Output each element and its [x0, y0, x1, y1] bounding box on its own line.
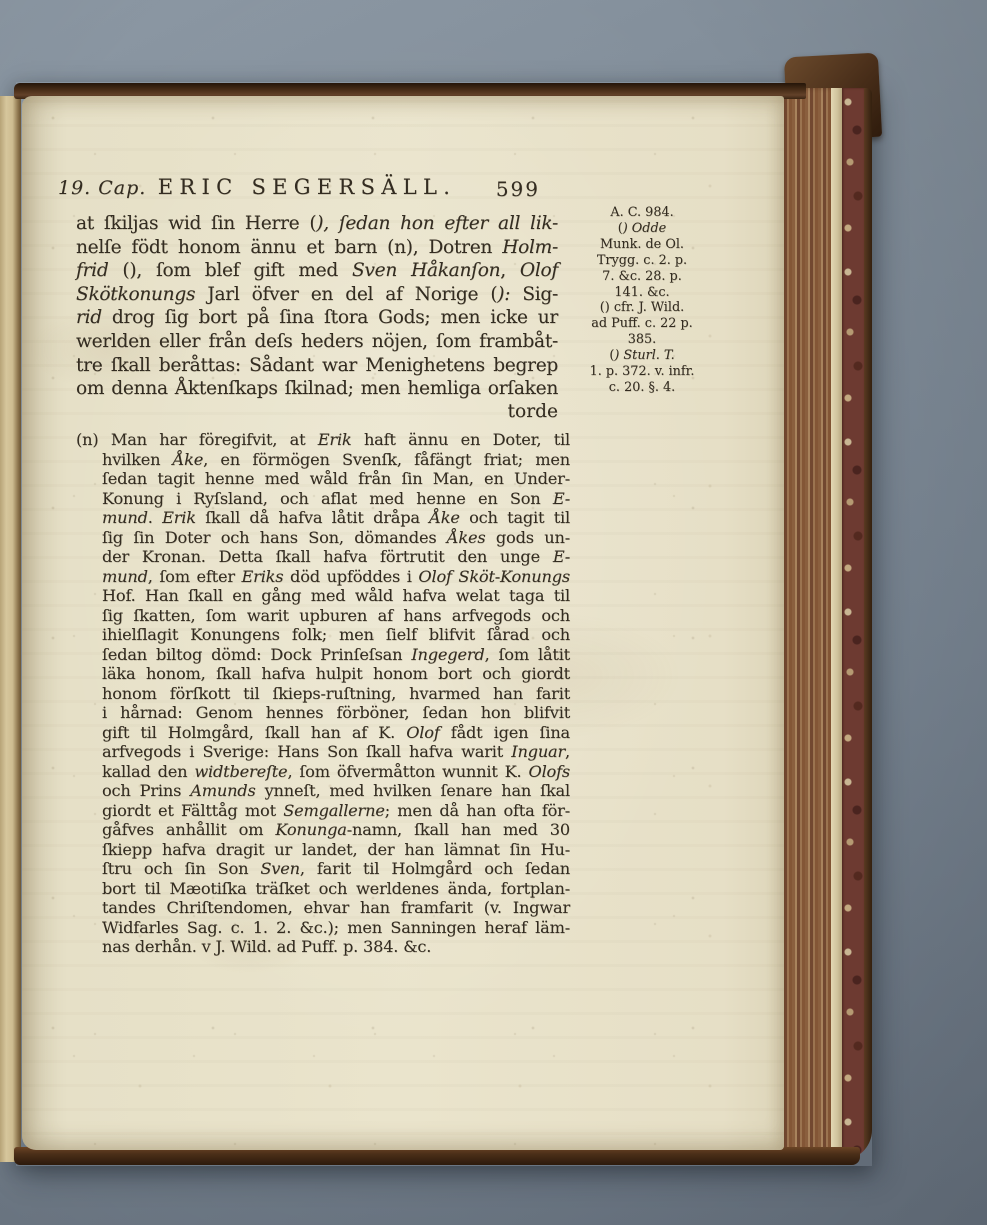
text-line: 141. &c.	[556, 285, 728, 301]
text-line: och Prins Amunds ynneſt, med hvilken ſen…	[102, 781, 570, 801]
text-line: hvilken Åke, en förmögen Svenſk, fåfängt…	[102, 450, 570, 470]
text-line: () Odde	[556, 221, 728, 237]
text-line: nas derhån. v J. Wild. ad Puff. p. 384. …	[102, 937, 570, 957]
text-line: 385.	[556, 332, 728, 348]
catchword: torde	[76, 401, 558, 422]
text-line: ad Puff. c. 22 p.	[556, 316, 728, 332]
page-title: ERIC SEGERSÄLL.	[142, 175, 472, 199]
text-line: ſtru och ſin Son Sven, farit til Holmgår…	[102, 859, 570, 879]
text-line: der Kronan. Detta ſkall hafva förtrutit …	[102, 547, 570, 567]
text-line: ſedan biltog dömd: Dock Prinſeſsan Ingeg…	[102, 645, 570, 665]
text-line: gift til Holmgård, ſkall han af K. Olof …	[102, 723, 570, 743]
text-line: ſedan tagit henne med wåld från ſin Man,…	[102, 469, 570, 489]
text-line: giordt et Fälttåg mot Semgallerne; men d…	[102, 801, 570, 821]
text-line: tre ſkall beråttas: Sådant war Menighete…	[76, 354, 558, 378]
fore-edge-pages	[779, 88, 831, 1160]
page-header: 19. Cap. ERIC SEGERSÄLL. 599	[22, 177, 784, 207]
text-line: Skötkonungs Jarl öfver en del af Norige …	[76, 283, 558, 307]
text-line: nelſe födt honom ännu et barn (n), Dotre…	[76, 236, 558, 260]
text-line: 1. p. 372. v. infr.	[556, 364, 728, 380]
text-line: läka honom, ſkall hafva hulpit honom bor…	[102, 664, 570, 684]
text-line: ſkiepp hafva dragit ur landet, der han l…	[102, 840, 570, 860]
left-pages-edge	[0, 96, 21, 1162]
text-line: mund, ſom efter Eriks död upföddes i Olo…	[102, 567, 570, 587]
page-number: 599	[482, 177, 540, 201]
text-line: 7. &c. 28. p.	[556, 269, 728, 285]
text-line: ihielſlagit Konungens folk; men ſielf bl…	[102, 625, 570, 645]
text-line: c. 20. §. 4.	[556, 380, 728, 396]
chapter-label: 19. Cap.	[58, 177, 146, 199]
footnote-block: (n) Man har föregifvit, at Erik haft änn…	[76, 430, 570, 957]
leather-cover-edge	[864, 88, 872, 1160]
text-line: om denna Åktenſkaps ſkilnad; men hemliga…	[76, 377, 558, 401]
text-line: Trygg. c. 2. p.	[556, 253, 728, 269]
text-line: gåfves anhållit om Konunga-namn, ſkall h…	[102, 820, 570, 840]
text-line: Munk. de Ol.	[556, 237, 728, 253]
text-line: ſig ſin Doter och hans Son, dömandes Åke…	[102, 528, 570, 548]
text-line: Widfarles Sag. c. 1. 2. &c.); men Sannin…	[102, 918, 570, 938]
text-line: i hårnad: Genom hennes förböner, ſedan h…	[102, 703, 570, 723]
endpaper-edge	[831, 88, 842, 1160]
text-line: honom förſkott til ſkieps-ruſtning, hvar…	[102, 684, 570, 704]
text-line: arfvegods i Sverige: Hans Son ſkall hafv…	[102, 742, 570, 762]
text-line: frid (), ſom blef gift med Sven Håkanſon…	[76, 259, 558, 283]
text-line: rid drog ſig bort på ſina ſtora Gods; me…	[76, 306, 558, 330]
book-right-edge-stack	[779, 88, 872, 1160]
text-line: Hof. Han ſkall en gång med wåld hafva we…	[102, 586, 570, 606]
margin-notes: A. C. 984.() OddeMunk. de Ol.Trygg. c. 2…	[556, 205, 728, 396]
text-line: (n) Man har föregifvit, at Erik haft änn…	[102, 430, 570, 450]
book-page: 19. Cap. ERIC SEGERSÄLL. 599 at ſkiljas …	[22, 96, 784, 1150]
text-line: Konung i Ryſsland, och aflat med henne e…	[102, 489, 570, 509]
marbled-board-edge	[842, 88, 864, 1160]
text-line: mund. Erik ſkall då hafva låtit dråpa Åk…	[102, 508, 570, 528]
text-line: tandes Chriſtendomen, ehvar han framfari…	[102, 898, 570, 918]
text-line: at ſkiljas wid ſin Herre (), ſedan hon e…	[76, 212, 558, 236]
text-line: bort til Mæotiſka träſket och werldenes …	[102, 879, 570, 899]
text-line: () Sturl. T.	[556, 348, 728, 364]
text-line: A. C. 984.	[556, 205, 728, 221]
text-line: () cfr. J. Wild.	[556, 300, 728, 316]
photo-of-book: { "header": { "chapter": "19. Cap.", "ti…	[0, 0, 987, 1225]
main-text-block: at ſkiljas wid ſin Herre (), ſedan hon e…	[76, 212, 558, 401]
text-line: ſig ſkatten, ſom warit upburen af hans a…	[102, 606, 570, 626]
text-line: werlden eller från deſs heders nöjen, ſo…	[76, 330, 558, 354]
text-line: kallad den widtbereſte, ſom öfvermåtton …	[102, 762, 570, 782]
